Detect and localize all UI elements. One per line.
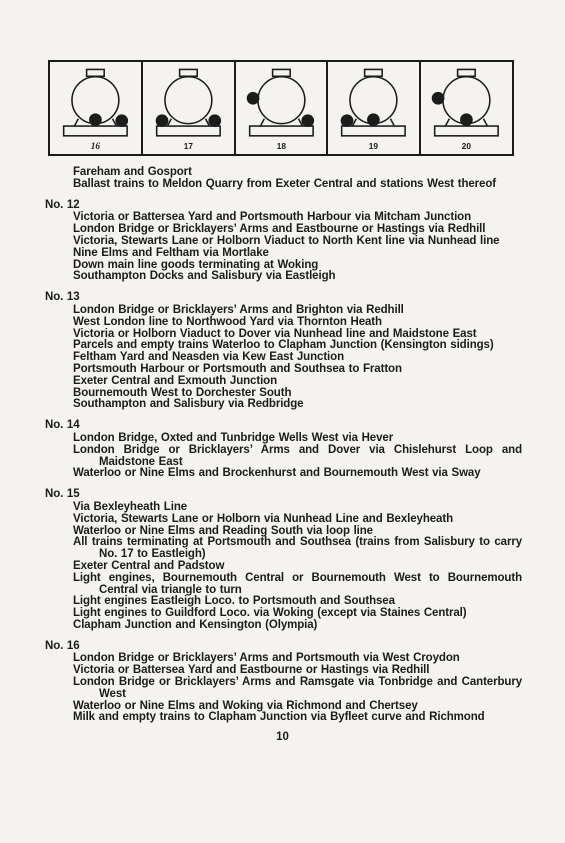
locomotive-front-icon: 18 bbox=[236, 62, 327, 154]
route-section: Fareham and GosportBallast trains to Mel… bbox=[45, 167, 522, 191]
diagram-number-label: 19 bbox=[369, 141, 379, 151]
route-item: Exeter Central and Exmouth Junction bbox=[73, 376, 522, 388]
route-item: Victoria, Stewarts Lane or Holborn via N… bbox=[73, 514, 522, 526]
locomotive-front-icon: 20 bbox=[421, 62, 512, 154]
route-sections: Fareham and GosportBallast trains to Mel… bbox=[45, 167, 522, 724]
headcode-diagram-cell-20: 20 bbox=[419, 62, 512, 154]
section-items: London Bridge or Bricklayers’ Arms and B… bbox=[45, 305, 522, 411]
route-item: London Bridge or Bricklayers’ Arms and B… bbox=[73, 305, 522, 317]
section-items: London Bridge, Oxted and Tunbridge Wells… bbox=[45, 433, 522, 480]
route-item: Light engines, Bournemouth Central or Bo… bbox=[73, 573, 522, 597]
route-section: No. 15Via Bexleyheath LineVictoria, Stew… bbox=[45, 489, 522, 632]
route-item: Via Bexleyheath Line bbox=[73, 502, 522, 514]
headcode-diagram-cell-19: 19 bbox=[326, 62, 419, 154]
route-item: All trains terminating at Portsmouth and… bbox=[73, 537, 522, 561]
locomotive-front-icon: 17 bbox=[143, 62, 234, 154]
route-section: No. 16London Bridge or Bricklayers’ Arms… bbox=[45, 641, 522, 725]
route-item: London Bridge or Bricklayers’ Arms and R… bbox=[73, 677, 522, 701]
locomotive-front-icon: 19 bbox=[328, 62, 419, 154]
section-heading: No. 14 bbox=[45, 420, 522, 432]
headcode-diagram-cell-17: 17 bbox=[141, 62, 234, 154]
headcode-diagram-panel: 16 17 18 19 bbox=[48, 60, 514, 156]
route-section: No. 13London Bridge or Bricklayers’ Arms… bbox=[45, 292, 522, 411]
route-item: Clapham Junction and Kensington (Olympia… bbox=[73, 620, 522, 632]
diagram-number-label: 17 bbox=[184, 141, 194, 151]
diagram-number-label: 20 bbox=[462, 141, 472, 151]
section-heading: No. 13 bbox=[45, 292, 522, 304]
route-item: London Bridge, Oxted and Tunbridge Wells… bbox=[73, 433, 522, 445]
route-item: Portsmouth Harbour or Portsmouth and Sou… bbox=[73, 364, 522, 376]
headcode-diagram-cell-16: 16 bbox=[50, 62, 141, 154]
section-items: Victoria or Battersea Yard and Portsmout… bbox=[45, 212, 522, 283]
route-item: West London line to Northwood Yard via T… bbox=[73, 317, 522, 329]
route-item: Southampton Docks and Salisbury via East… bbox=[73, 271, 522, 283]
diagram-number-label: 16 bbox=[91, 142, 101, 152]
section-heading: No. 12 bbox=[45, 200, 522, 212]
section-heading: No. 15 bbox=[45, 489, 522, 501]
page-number: 10 bbox=[0, 731, 565, 743]
route-section: No. 12Victoria or Battersea Yard and Por… bbox=[45, 200, 522, 284]
headcode-diagram-cell-18: 18 bbox=[234, 62, 327, 154]
route-item: Southampton and Salisbury via Redbridge bbox=[73, 399, 522, 411]
route-item: Ballast trains to Meldon Quarry from Exe… bbox=[73, 179, 522, 191]
route-item: Waterloo or Nine Elms and Brockenhurst a… bbox=[73, 468, 522, 480]
route-item: London Bridge or Bricklayers’ Arms and D… bbox=[73, 445, 522, 469]
route-item: Victoria, Stewarts Lane or Holborn Viadu… bbox=[73, 236, 522, 248]
section-items: Fareham and GosportBallast trains to Mel… bbox=[45, 167, 522, 191]
section-items: Via Bexleyheath LineVictoria, Stewarts L… bbox=[45, 502, 522, 632]
locomotive-front-icon: 16 bbox=[50, 62, 141, 154]
route-item: Nine Elms and Feltham via Mortlake bbox=[73, 248, 522, 260]
route-section: No. 14London Bridge, Oxted and Tunbridge… bbox=[45, 420, 522, 480]
diagram-number-label: 18 bbox=[276, 141, 286, 151]
route-item: Exeter Central and Padstow bbox=[73, 561, 522, 573]
section-items: London Bridge or Bricklayers’ Arms and P… bbox=[45, 653, 522, 724]
route-item: Milk and empty trains to Clapham Junctio… bbox=[73, 712, 522, 724]
section-heading: No. 16 bbox=[45, 641, 522, 653]
